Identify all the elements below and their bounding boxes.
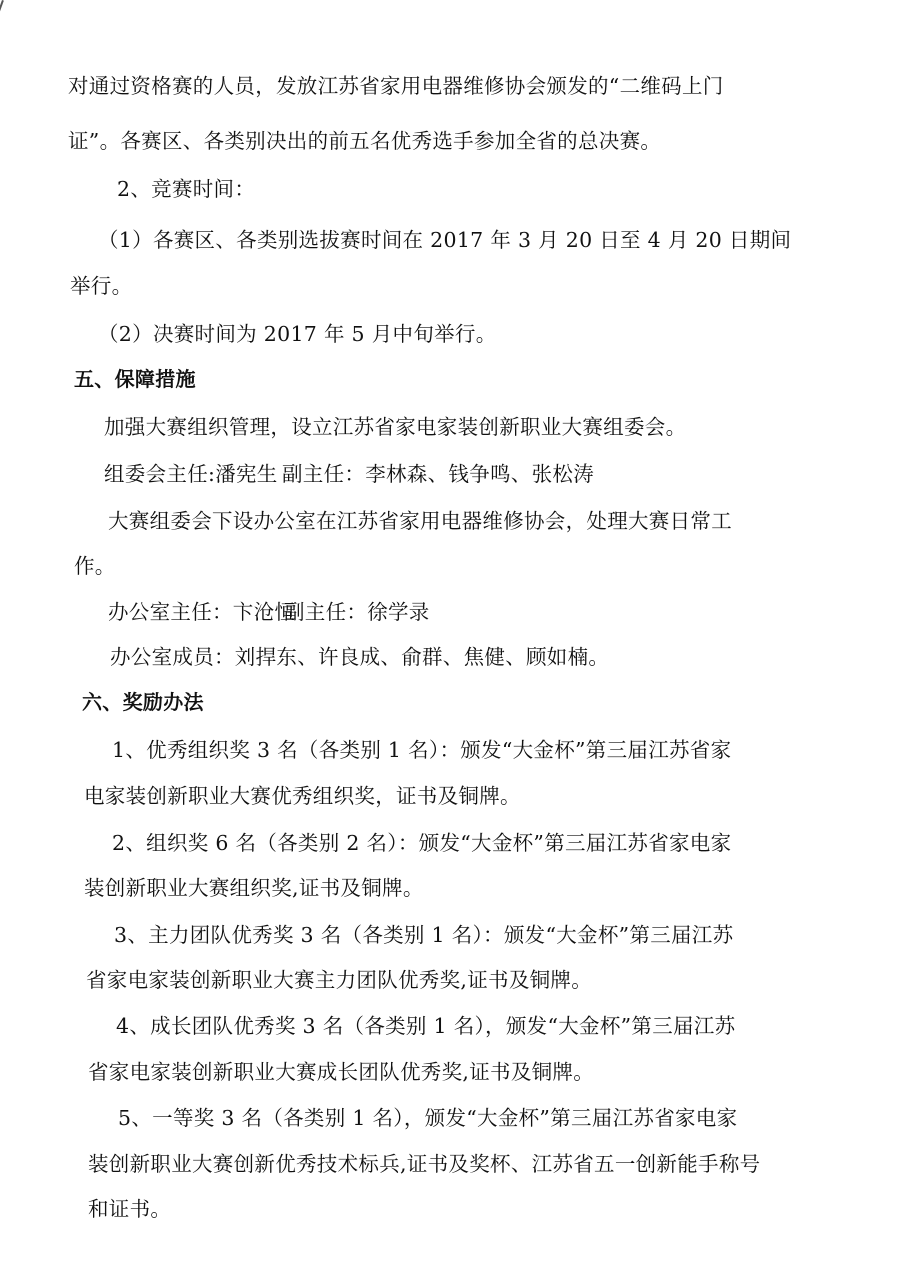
- award-2-line-1: 2、组织奖 6 名（各类别 2 名）：颁发“大金杯”第三届江苏省家电家: [112, 829, 731, 857]
- award-5-line-2: 装创新职业大赛创新优秀技术标兵,证书及奖杯、江苏省五一创新能手称号: [88, 1150, 760, 1178]
- award-3-line-1: 3、主力团队优秀奖 3 名（各类别 1 名）：颁发“大金杯”第三届江苏: [114, 921, 733, 949]
- scan-artifact-mark: [0, 0, 4, 19]
- competition-time-item1-line2: 举行。: [70, 272, 132, 300]
- office-line-1: 大赛组委会下设办公室在江苏省家用电器维修协会，处理大赛日常工: [108, 507, 732, 535]
- award-4-line-2: 省家电家装创新职业大赛成长团队优秀奖,证书及铜牌。: [88, 1058, 594, 1086]
- award-2-line-2: 装创新职业大赛组织奖,证书及铜牌。: [84, 874, 424, 902]
- award-1-line-2: 电家装创新职业大赛优秀组织奖，证书及铜牌。: [84, 782, 521, 810]
- committee-director: 组委会主任:潘宪生: [104, 460, 278, 488]
- section6-heading: 六、奖励办法: [82, 688, 204, 716]
- office-deputy: 副主任：徐学录: [284, 598, 430, 626]
- intro-line-2: 证”。各赛区、各类别决出的前五名优秀选手参加全省的总决赛。: [68, 127, 661, 155]
- award-5-line-1: 5、一等奖 3 名（各类别 1 名），颁发“大金杯”第三届江苏省家电家: [118, 1104, 737, 1132]
- office-director: 办公室主任：卞沧恒: [108, 598, 295, 626]
- competition-time-item2: （2）决赛时间为 2017 年 5 月中旬举行。: [98, 320, 497, 348]
- award-5-line-3: 和证书。: [88, 1195, 171, 1223]
- intro-line-1: 对通过资格赛的人员，发放江苏省家用电器维修协会颁发的“二维码上门: [68, 72, 724, 100]
- award-3-line-2: 省家电家装创新职业大赛主力团队优秀奖,证书及铜牌。: [86, 966, 592, 994]
- section5-para1: 加强大赛组织管理，设立江苏省家电家装创新职业大赛组委会。: [104, 413, 686, 441]
- award-1-line-1: 1、优秀组织奖 3 名（各类别 1 名）：颁发“大金杯”第三届江苏省家: [112, 736, 731, 764]
- section5-heading: 五、保障措施: [74, 365, 196, 393]
- competition-time-title: 2、竞赛时间：: [117, 175, 255, 203]
- office-members: 办公室成员：刘捍东、许良成、俞群、焦健、顾如楠。: [110, 643, 609, 671]
- office-line-2: 作。: [74, 552, 116, 580]
- committee-deputy: 副主任：李林森、钱争鸣、张松涛: [282, 460, 594, 488]
- competition-time-item1-line1: （1）各赛区、各类别选拔赛时间在 2017 年 3 月 20 日至 4 月 20…: [98, 226, 791, 254]
- award-4-line-1: 4、成长团队优秀奖 3 名（各类别 1 名），颁发“大金杯”第三届江苏: [116, 1012, 735, 1040]
